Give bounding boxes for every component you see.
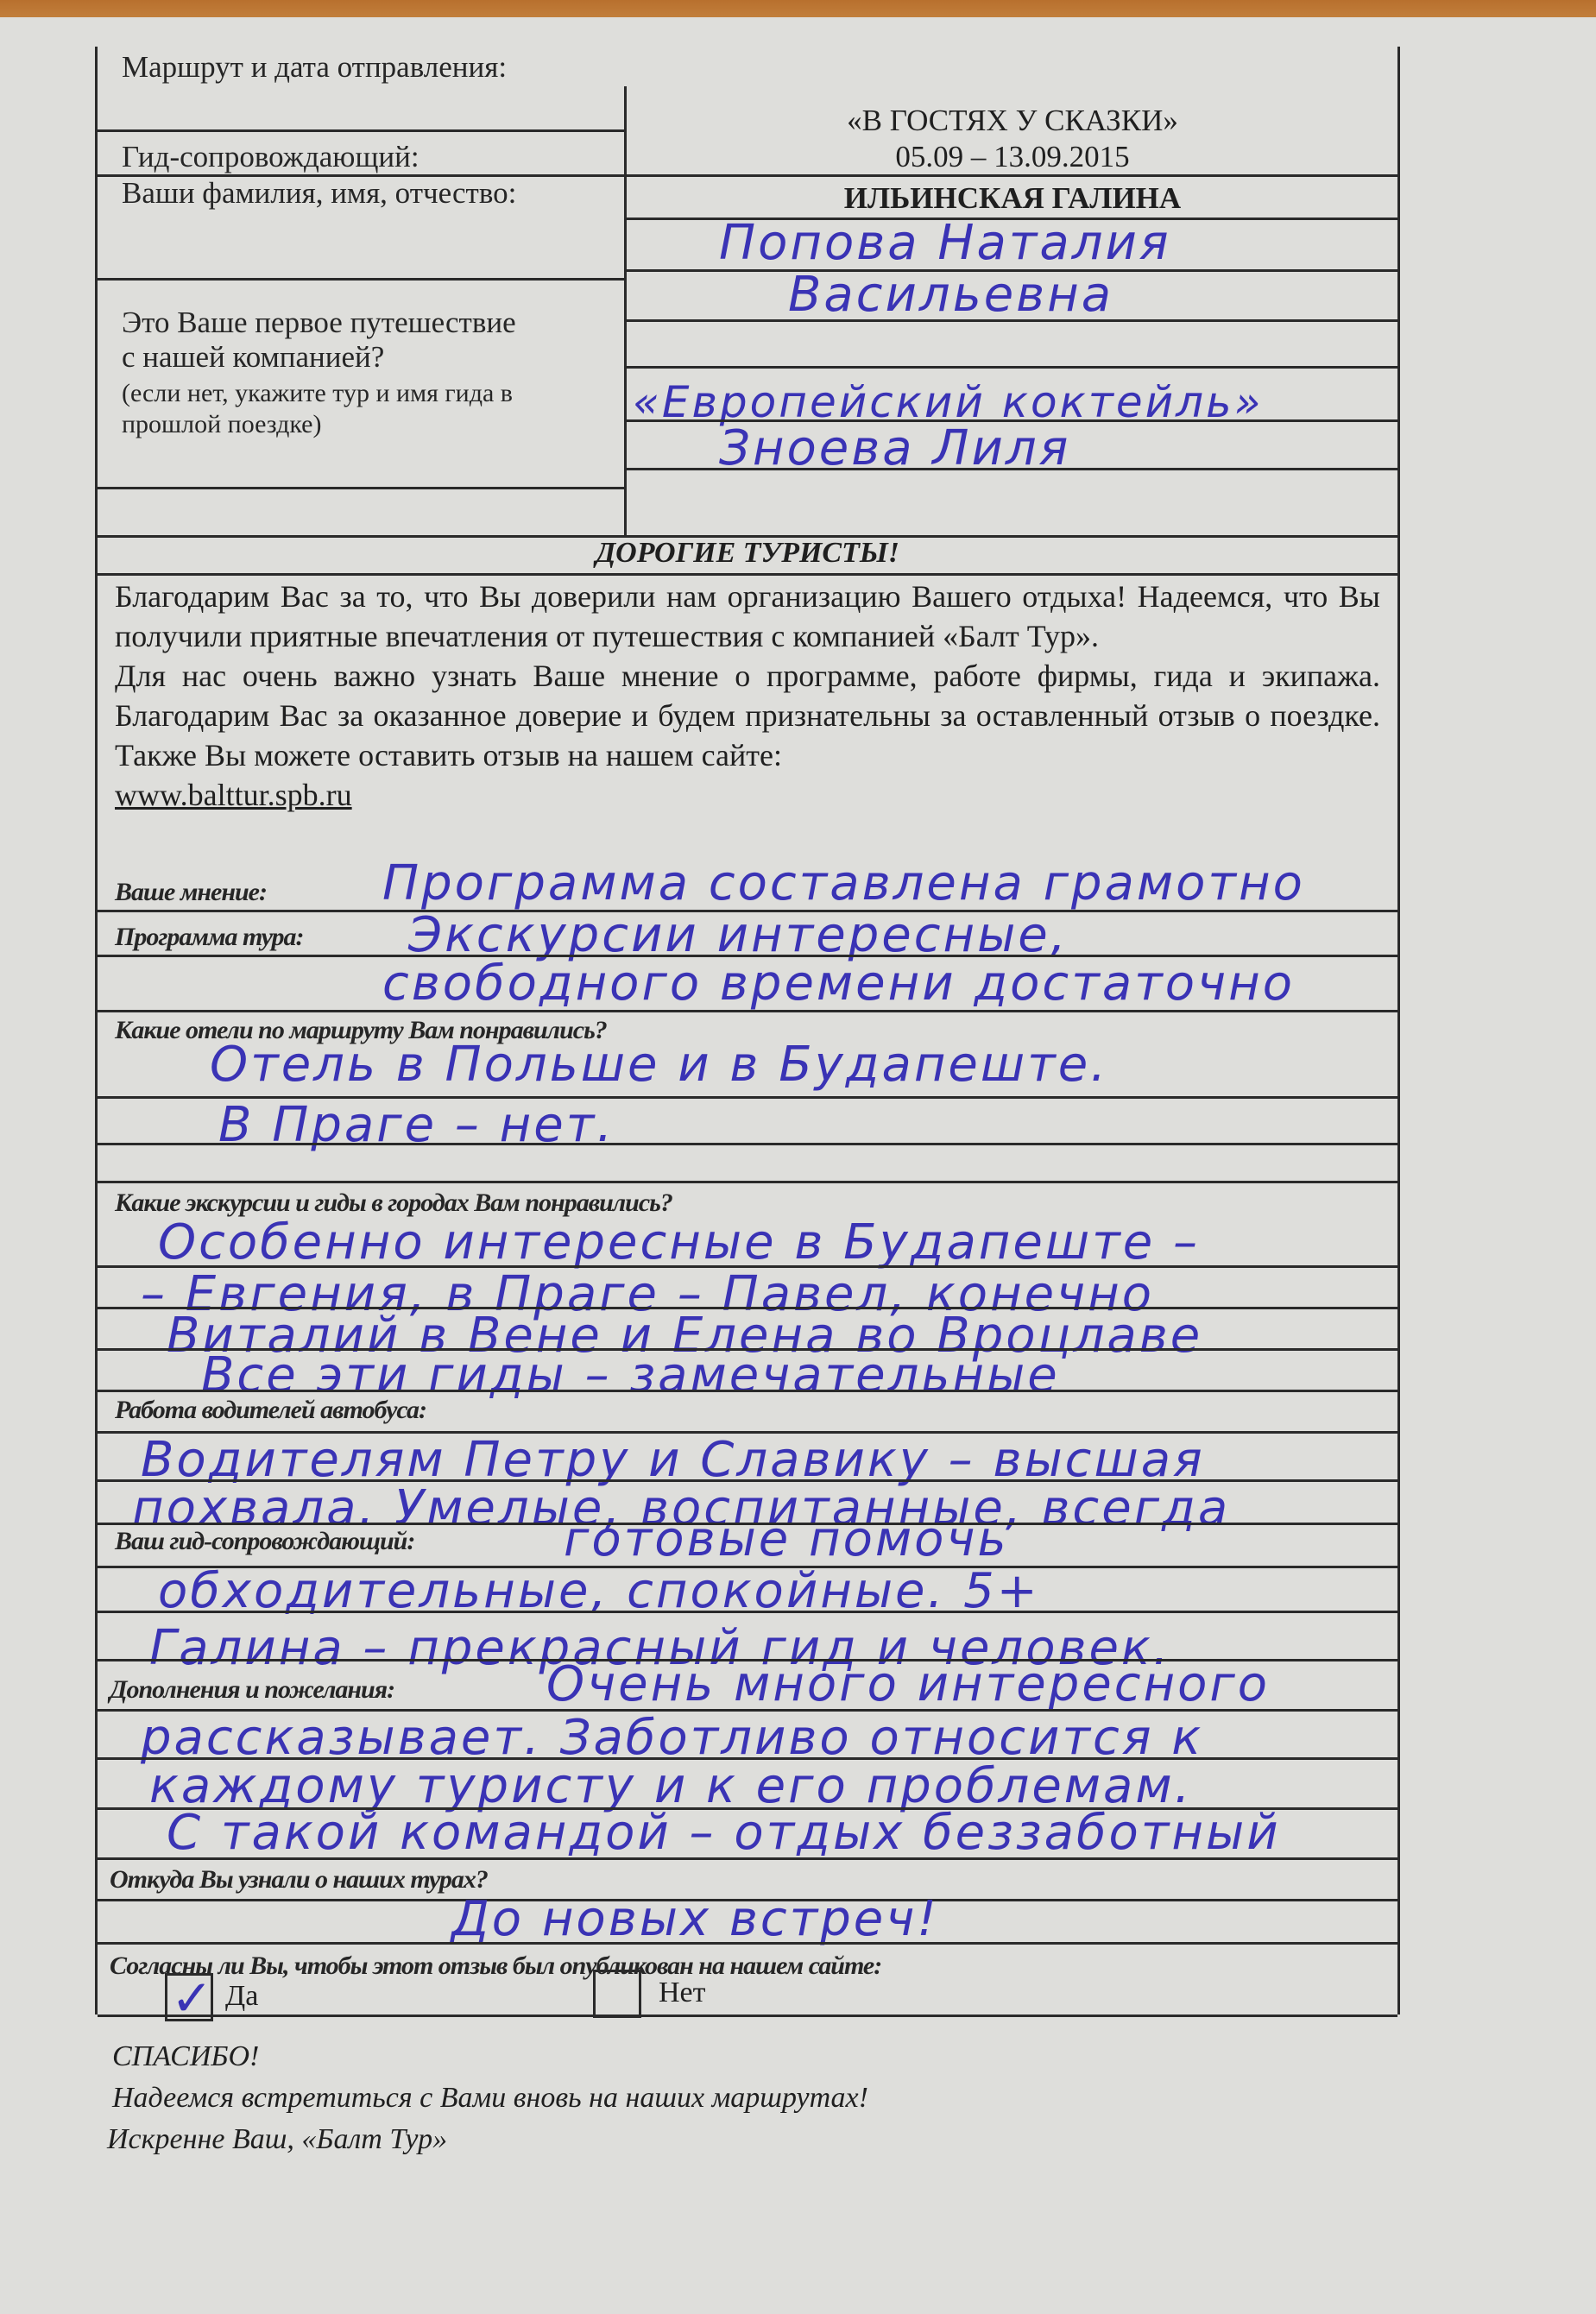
- intro-paragraph-2: Для нас очень важно узнать Ваше мнение о…: [115, 656, 1380, 775]
- first-trip-hint: (если нет, укажите тур и имя гида в прош…: [122, 378, 605, 440]
- route-value: «В ГОСТЯХ У СКАЗКИ»: [641, 104, 1384, 138]
- guide-value-line2[interactable]: обходительные, спокойные. 5+: [158, 1566, 1040, 1617]
- feedback-form: Маршрут и дата отправления: «В ГОСТЯХ У …: [95, 47, 1400, 2015]
- guide-value-line1[interactable]: готовые помочь: [564, 1514, 1009, 1566]
- divider: [98, 1181, 1397, 1183]
- first-trip-label: Это Ваше первое путешествие: [122, 306, 516, 340]
- guide-feedback-label: Ваш гид-сопровождающий:: [115, 1524, 414, 1559]
- divider: [98, 573, 1397, 576]
- form-bottom-border: [98, 2015, 1397, 2017]
- first-trip-label-2: с нашей компанией?: [122, 340, 384, 375]
- program-value-line2[interactable]: свободного времени достаточно: [382, 958, 1295, 1010]
- divider: [624, 366, 1397, 369]
- opinion-label: Ваше мнение:: [115, 875, 267, 910]
- wishes-value-line1[interactable]: Очень много интересного: [546, 1659, 1270, 1711]
- name-value-line1[interactable]: Попова Наталия: [719, 218, 1171, 269]
- divider: [624, 319, 1397, 322]
- excursions-value-line1[interactable]: Особенно интересные в Будапеште –: [158, 1217, 1200, 1269]
- footer-line-2: Надеемся встретиться с Вами вновь на наш…: [112, 2077, 868, 2120]
- divider: [98, 1143, 1397, 1145]
- divider: [98, 1857, 1397, 1860]
- program-label: Программа тура:: [115, 920, 304, 955]
- program-value-line1[interactable]: Экскурсии интересные,: [408, 910, 1069, 962]
- route-label: Маршрут и дата отправления:: [122, 50, 507, 85]
- footer-thanks: СПАСИБО!: [112, 2035, 259, 2078]
- divider: [98, 487, 624, 489]
- name-label: Ваши фамилия, имя, отчество:: [122, 176, 516, 211]
- divider: [98, 1010, 1397, 1012]
- intro-heading: ДОРОГИЕ ТУРИСТЫ!: [98, 537, 1397, 570]
- guide-label: Гид-сопровождающий:: [122, 140, 420, 174]
- intro-paragraph-1: Благодарим Вас за то, что Вы доверили на…: [115, 577, 1380, 656]
- footer-signature: Искренне Ваш, «Балт Тур»: [107, 2118, 447, 2161]
- consent-no-checkbox[interactable]: [593, 1970, 641, 2018]
- checkmark-icon: ✓: [171, 1969, 213, 2027]
- divider: [98, 1611, 1397, 1613]
- route-dates: 05.09 – 13.09.2015: [641, 140, 1384, 174]
- wishes-value-line2[interactable]: рассказывает. Заботливо относится к: [141, 1712, 1203, 1764]
- consent-no-label: Нет: [659, 1977, 706, 2009]
- consent-yes-label: Да: [225, 1980, 258, 2013]
- intro-text: Благодарим Вас за то, что Вы доверили на…: [115, 577, 1380, 815]
- divider: [98, 278, 624, 281]
- first-trip-value-line2[interactable]: Зноева Лиля: [719, 423, 1070, 475]
- hotels-value-line1[interactable]: Отель в Польше и в Будапеште.: [210, 1039, 1108, 1091]
- feedback-form-sheet: Маршрут и дата отправления: «В ГОСТЯХ У …: [0, 17, 1596, 2314]
- divider: [98, 1390, 1397, 1392]
- wishes-label: Дополнения и пожелания:: [110, 1673, 394, 1707]
- drivers-label: Работа водителей автобуса:: [115, 1393, 426, 1428]
- source-label: Откуда Вы узнали о наших турах?: [110, 1863, 488, 1897]
- wishes-value-line4[interactable]: С такой командой – отдых беззаботный: [167, 1807, 1281, 1859]
- website-link[interactable]: www.balttur.spb.ru: [115, 778, 352, 812]
- source-value[interactable]: До новых встреч!: [451, 1894, 939, 1945]
- guide-value: ИЛЬИНСКАЯ ГАЛИНА: [641, 181, 1384, 216]
- divider: [98, 1942, 1397, 1945]
- divider: [98, 129, 624, 132]
- consent-label: Согласны ли Вы, чтобы этот отзыв был опу…: [110, 1949, 881, 1983]
- name-value-line2[interactable]: Васильевна: [788, 269, 1113, 321]
- divider: [624, 468, 1397, 470]
- opinion-value[interactable]: Программа составлена грамотно: [382, 858, 1305, 910]
- drivers-value-line1[interactable]: Водителям Петру и Славику – высшая: [141, 1434, 1205, 1486]
